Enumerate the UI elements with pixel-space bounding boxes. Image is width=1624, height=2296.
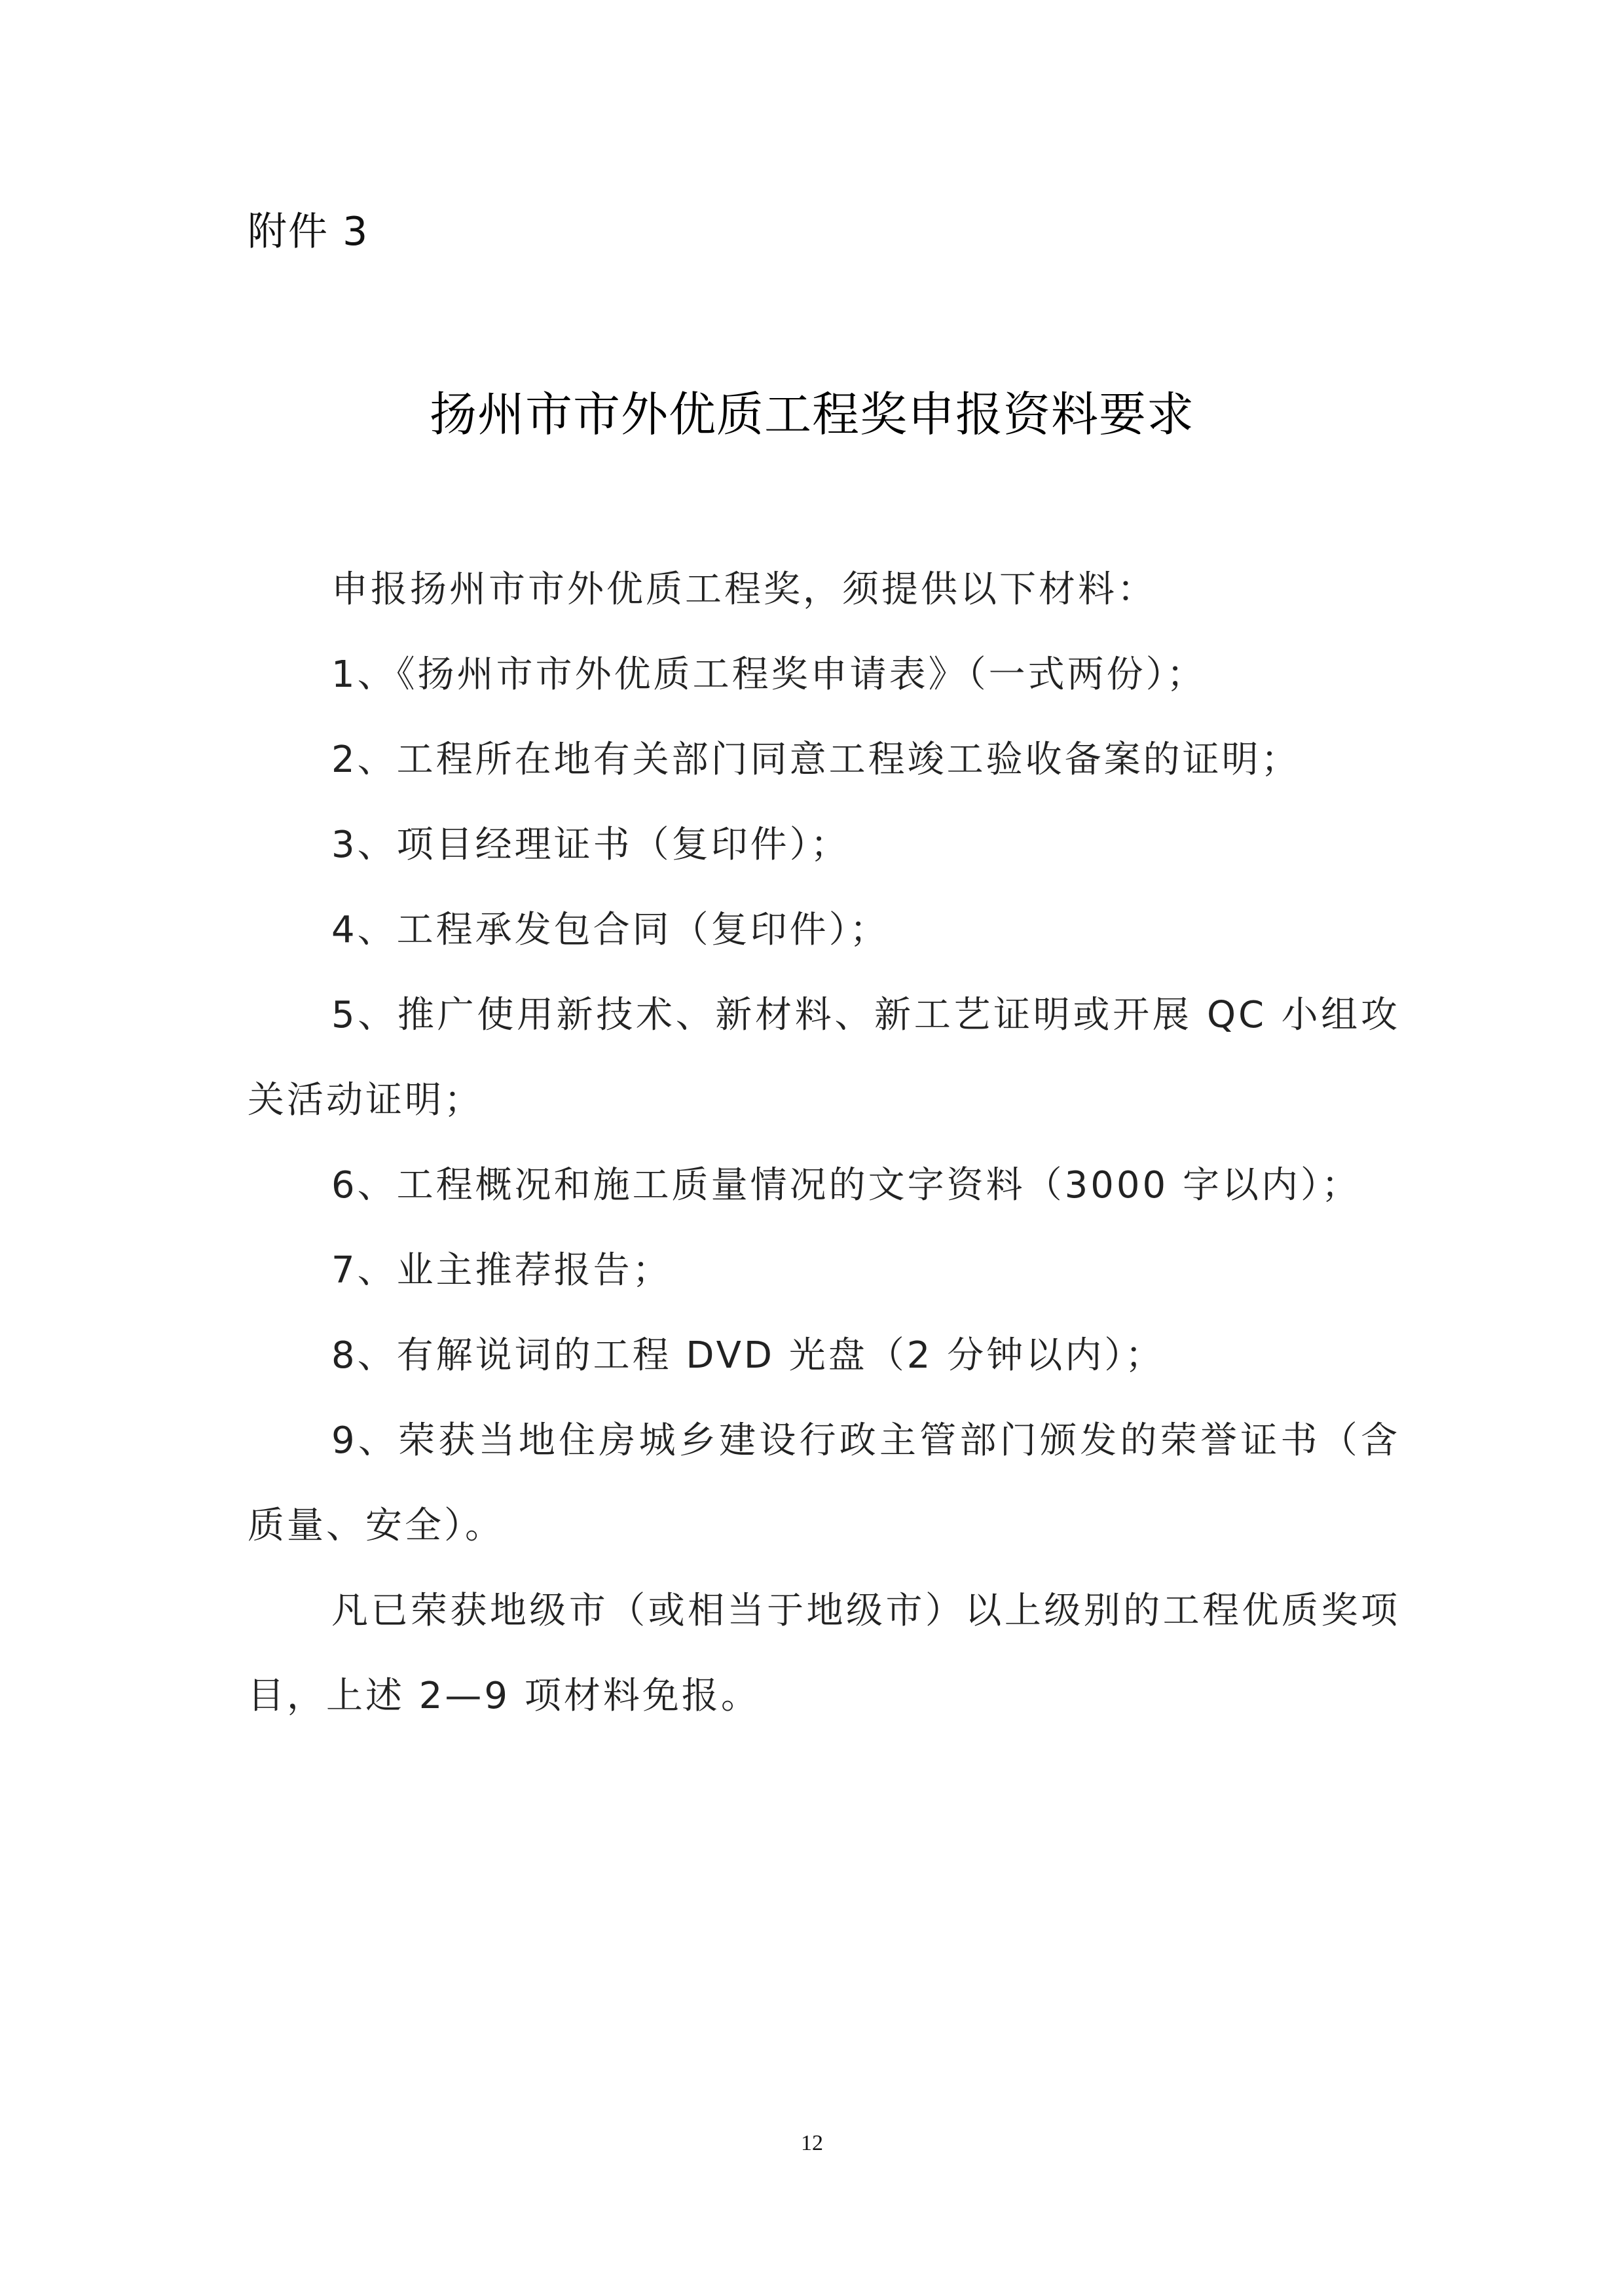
requirement-item-7: 7、业主推荐报告； (248, 1228, 1400, 1313)
requirement-item-9: 9、荣获当地住房城乡建设行政主管部门颁发的荣誉证书（含质量、安全）。 (248, 1398, 1400, 1569)
requirement-item-4: 4、工程承发包合同（复印件）； (248, 888, 1400, 973)
requirement-item-3: 3、项目经理证书（复印件）； (248, 803, 1400, 888)
requirement-item-5: 5、推广使用新技术、新材料、新工艺证明或开展 QC 小组攻关活动证明； (248, 973, 1400, 1143)
page-number: 12 (0, 2130, 1624, 2157)
attachment-label: 附件 3 (248, 208, 369, 255)
document-page: 附件 3 扬州市市外优质工程奖申报资料要求 申报扬州市市外优质工程奖，须提供以下… (0, 0, 1624, 2296)
intro-paragraph: 申报扬州市市外优质工程奖，须提供以下材料： (248, 547, 1400, 632)
closing-note: 凡已荣获地级市（或相当于地级市）以上级别的工程优质奖项目，上述 2—9 项材料免… (248, 1569, 1400, 1739)
requirement-item-1: 1、《扬州市市外优质工程奖申请表》（一式两份）； (248, 632, 1400, 718)
requirement-item-6: 6、工程概况和施工质量情况的文字资料（3000 字以内）； (248, 1143, 1400, 1228)
document-body: 申报扬州市市外优质工程奖，须提供以下材料： 1、《扬州市市外优质工程奖申请表》（… (248, 547, 1400, 1739)
requirement-item-2: 2、工程所在地有关部门同意工程竣工验收备案的证明； (248, 718, 1400, 803)
requirement-item-8: 8、有解说词的工程 DVD 光盘（2 分钟以内）； (248, 1313, 1400, 1398)
document-title: 扬州市市外优质工程奖申报资料要求 (0, 385, 1624, 444)
